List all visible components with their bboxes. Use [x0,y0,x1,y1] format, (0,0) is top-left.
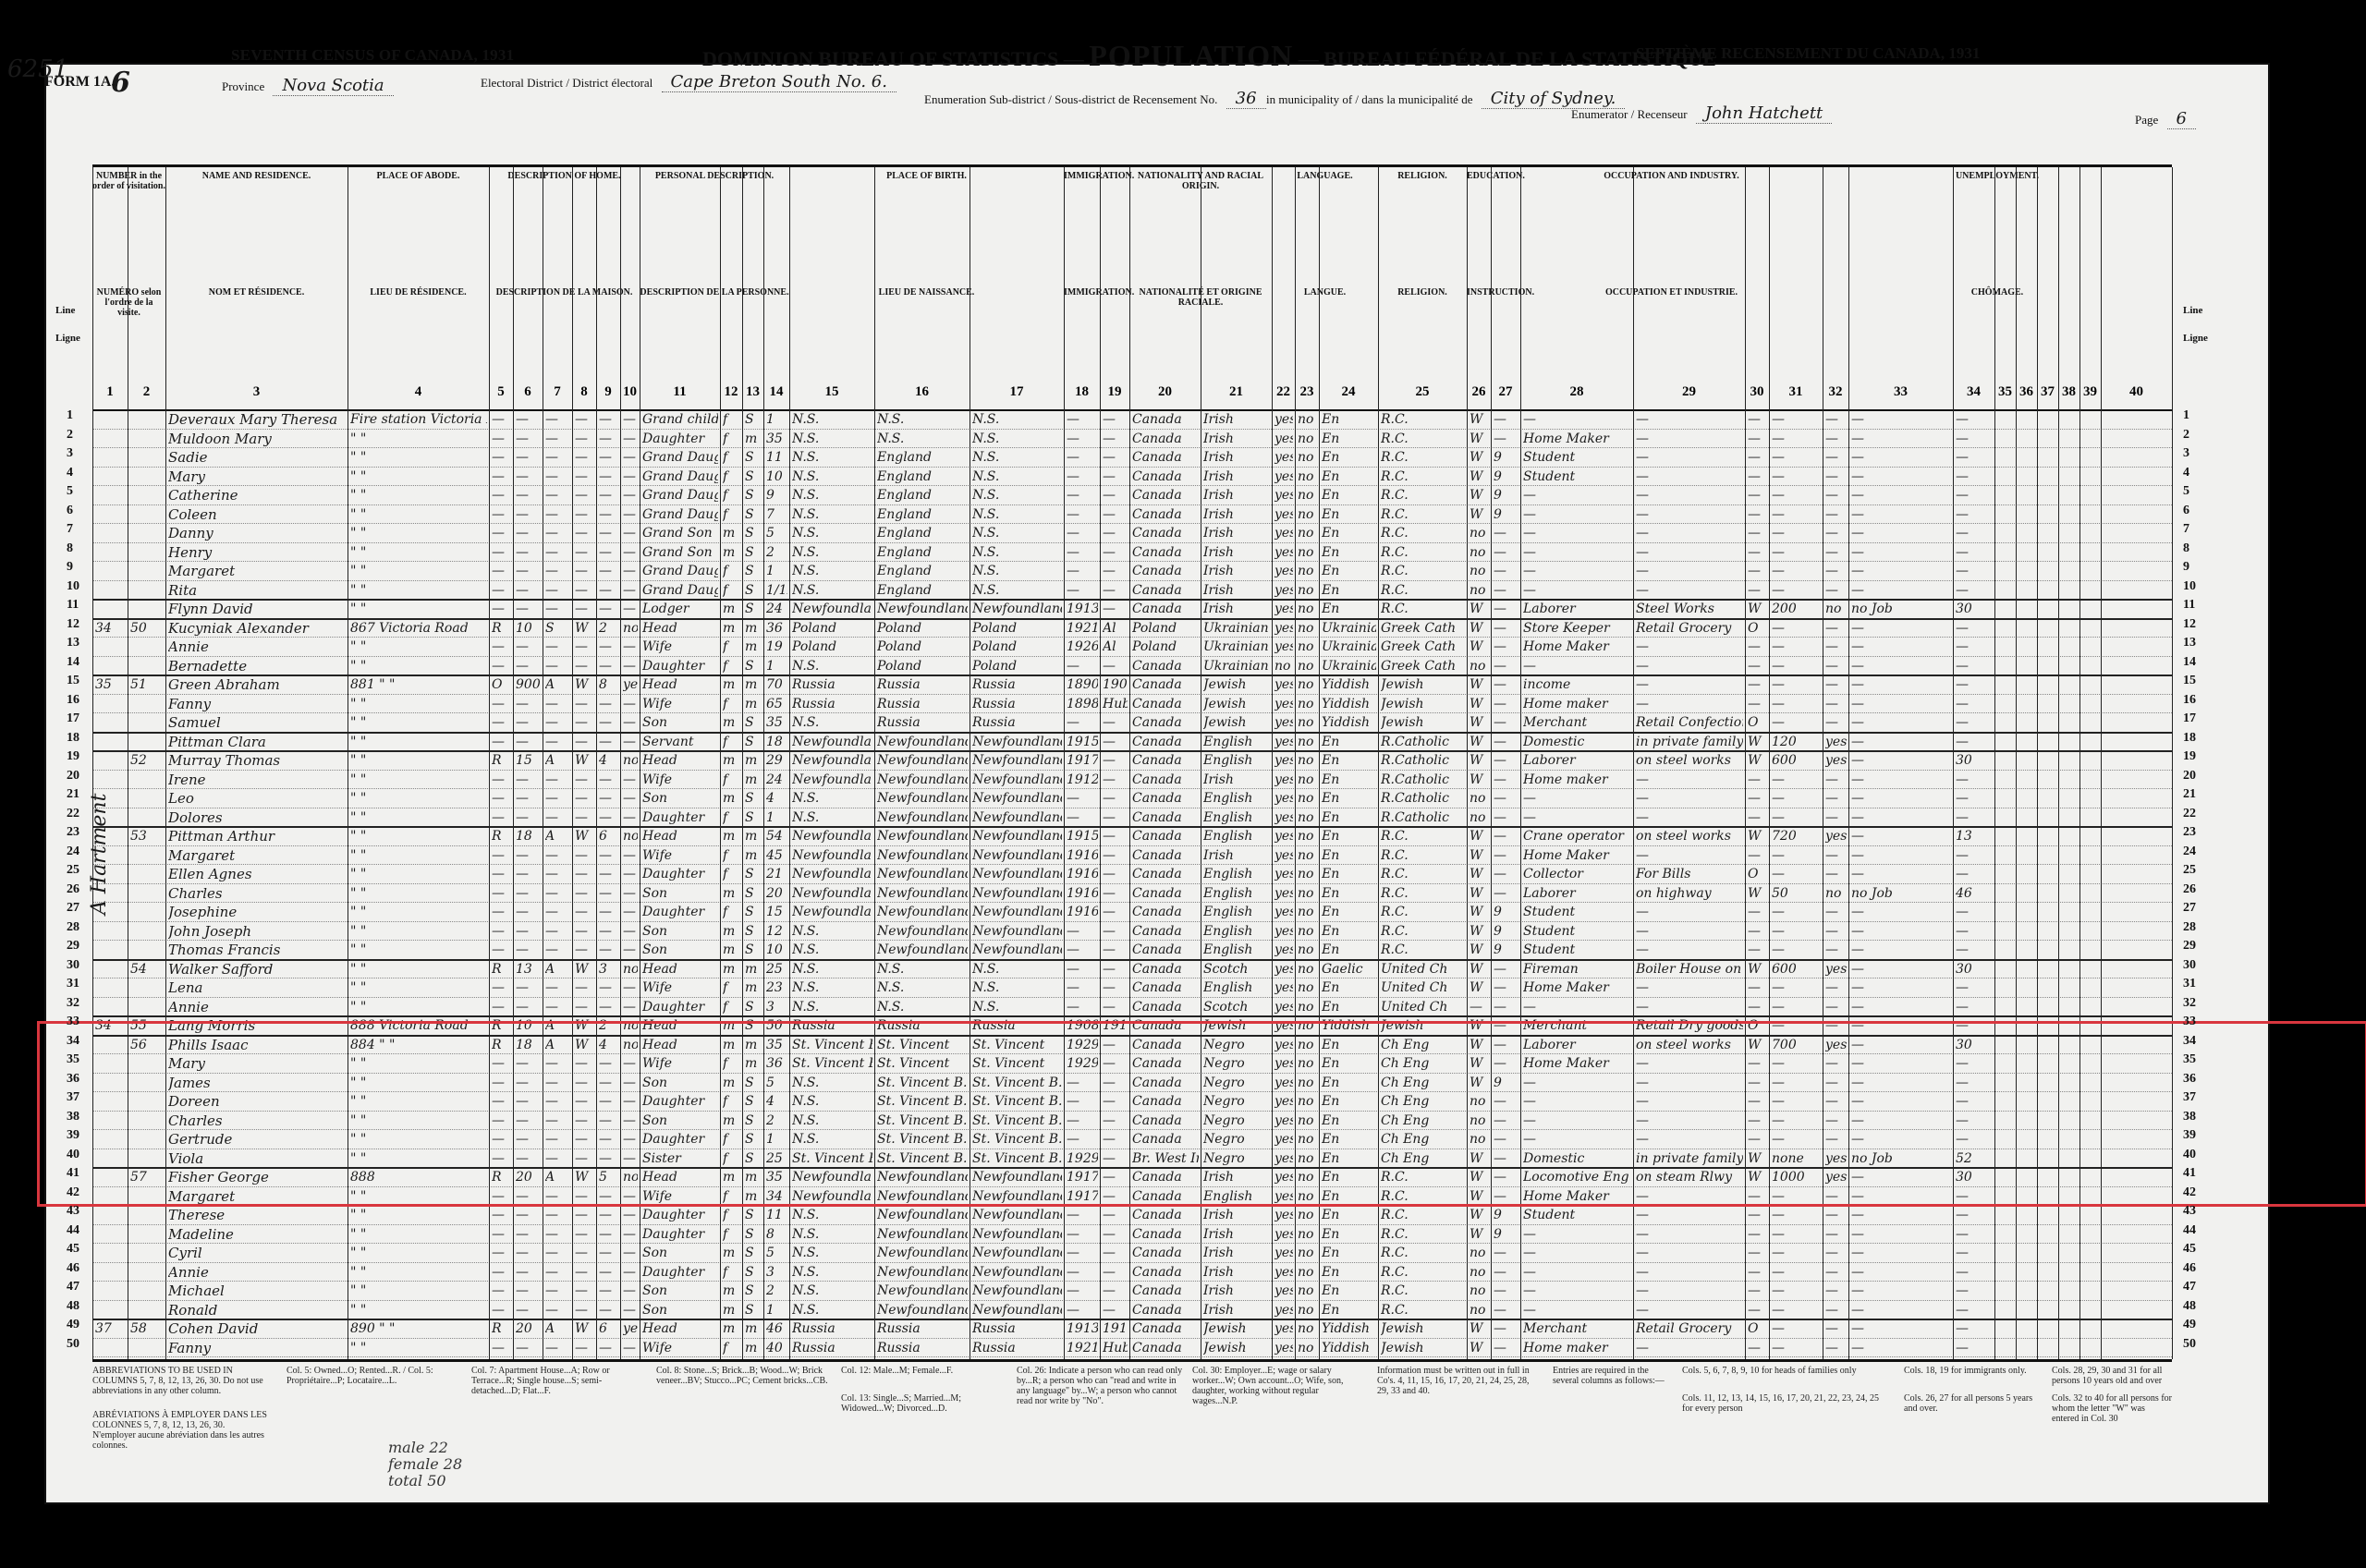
cell-col-18: 1913 [1067,599,1098,617]
line-number: 10 [67,579,79,594]
cell-col-20: Canada [1132,1205,1199,1223]
cell-col-16: St. Vincent [877,1035,968,1053]
column-divider [970,167,970,1359]
cell-col-28: Laborer [1523,599,1631,617]
line-number: 27 [2183,901,2196,916]
cell-col-24: En [1322,732,1376,750]
cell-col-30: — [1748,1111,1767,1129]
header-group-en: PLACE OF BIRTH. [789,171,1064,181]
cell-col-9: 4 [599,750,618,769]
cell-col-28: — [1523,542,1631,561]
cell-col-8: W [575,750,594,769]
cell-col-30: — [1748,523,1767,541]
cell-col-17: St. Vincent B.W.I. [972,1149,1062,1167]
cell-col-18: — [1067,485,1098,504]
cell-col-20: Canada [1132,1224,1199,1243]
column-divider [348,167,348,1359]
column-number-17: 17 [970,384,1064,400]
cell-col-5: — [492,978,511,996]
cell-col-32: yes [1825,1149,1847,1167]
cell-col-23: no [1298,1167,1317,1185]
line-number: 46 [67,1261,79,1276]
column-number-8: 8 [572,384,596,400]
table-row: 56Phills Isaac884 " "R18AW4noHeadmm35St.… [92,1035,2172,1055]
cell-col-29: — [1636,1281,1743,1299]
cell-col-17: N.S. [972,542,1062,561]
cell-col-8: — [575,1205,594,1223]
cell-col-9: 6 [599,826,618,845]
table-row: Danny" "——————Grand SonmS5N.S.EnglandN.S… [92,523,2172,543]
cell-col-17: N.S. [972,523,1062,541]
cell-col-8: — [575,978,594,996]
table-row: Deveraux Mary TheresaFire station Victor… [92,409,2172,430]
cell-col-5: — [492,1338,511,1356]
cell-col-16: Newfoundland [877,732,968,750]
cell-col-1 [95,1281,126,1299]
cell-col-18: — [1067,1129,1098,1148]
cell-col-7: — [545,409,570,428]
cell-col-26: W [1470,712,1489,731]
page-value: 6 [2167,109,2196,129]
cell-col-5: — [492,542,511,561]
cell-col-30: O [1748,1319,1767,1337]
cell-col-31: 700 [1772,1035,1821,1053]
cell-col-28: — [1523,1300,1631,1319]
cell-col-10: — [623,1281,638,1299]
cell-col-7: — [545,997,570,1015]
cell-col-18: — [1067,997,1098,1015]
cell-col-32: — [1825,1281,1847,1299]
cell-col-34: — [1956,1073,1993,1091]
cell-col-22: yes [1274,845,1293,864]
cell-col-6: — [516,902,541,920]
cell-col-30: — [1748,788,1767,807]
cell-col-8: — [575,788,594,807]
cell-col-16: Newfoundland [877,788,968,807]
cell-col-10: — [623,637,638,655]
cell-col-10: no [623,750,638,769]
cell-col-31: — [1772,808,1821,826]
cell-col-16: Newfoundland [877,864,968,882]
cell-col-11: Grand Daughter [642,447,718,466]
cell-col-5: — [492,1224,511,1243]
cell-col-10: — [623,940,638,958]
cell-col-3: Danny [168,523,346,541]
cell-col-13: m [745,978,762,996]
cell-col-7: — [545,1186,570,1205]
cell-col-30: — [1748,978,1767,996]
cell-col-4: " " [350,580,487,599]
col5-note: Col. 5: Owned...O; Rented...R. / Col. 5:… [287,1366,462,1386]
cell-col-33: — [1851,656,1951,675]
cell-col-26: no [1470,542,1489,561]
cell-col-22: yes [1274,1073,1293,1091]
cell-col-31: — [1772,467,1821,485]
cell-col-4: " " [350,1243,487,1261]
cell-col-31: 200 [1772,599,1821,617]
cell-col-4: " " [350,845,487,864]
cell-col-16: Russia [877,694,968,712]
header-group-en: LANGUAGE. [1272,171,1378,181]
bureau-prefix: DOMINION BUREAU OF STATISTICS — [702,47,1084,70]
line-number: 45 [67,1242,79,1257]
cell-col-8: — [575,409,594,428]
cell-col-28: — [1523,1129,1631,1148]
cell-col-14: 9 [766,485,787,504]
cell-col-17: N.S. [972,580,1062,599]
cell-col-9: — [599,1281,618,1299]
cell-col-27: — [1494,1053,1518,1072]
cell-col-4: " " [350,1205,487,1223]
imm-note: Cols. 18, 19 for immigrants only. [1904,1366,2043,1376]
cell-col-18: 1929 [1067,1149,1098,1167]
cell-col-14: 25 [766,959,787,978]
cell-col-29: in private family [1636,1149,1743,1167]
cell-col-30: W [1748,1035,1767,1053]
column-number-20: 20 [1129,384,1201,400]
cell-col-7: — [545,940,570,958]
cell-col-4: " " [350,750,487,769]
cell-col-21: Irish [1203,542,1270,561]
cell-col-19: Al [1103,637,1128,655]
column-divider [572,167,573,1359]
cell-col-19: — [1103,1262,1128,1281]
cell-col-12: f [723,656,740,675]
cell-col-11: Son [642,921,718,940]
cell-col-18: 1915 [1067,826,1098,845]
cell-col-27: — [1494,523,1518,541]
cell-col-14: 50 [766,1015,787,1034]
cell-col-33: — [1851,542,1951,561]
cell-col-18: 1921 [1067,1338,1098,1356]
cell-col-12: m [723,1319,740,1337]
cell-col-26: W [1470,429,1489,447]
cell-col-20: Canada [1132,523,1199,541]
column-divider [1064,167,1065,1359]
cell-col-26: W [1470,618,1489,637]
cell-col-6: — [516,1091,541,1110]
cell-col-24: En [1322,788,1376,807]
cell-col-2: 51 [130,675,164,693]
cell-col-32: yes [1825,732,1847,750]
cell-col-34: — [1956,561,1993,579]
line-number: 47 [67,1280,79,1295]
cell-col-11: Daughter [642,1205,718,1223]
cell-col-29: — [1636,447,1743,466]
cell-col-31: — [1772,845,1821,864]
cell-col-34: — [1956,1300,1993,1319]
header-group-fr: CHÔMAGE. [1823,287,2172,298]
cell-col-26: W [1470,902,1489,920]
cell-col-28: — [1523,409,1631,428]
cell-col-8: W [575,618,594,637]
line-number: 20 [2183,769,2196,784]
cell-col-27: — [1494,997,1518,1015]
cell-col-10: — [623,1091,638,1110]
cell-col-33: — [1851,1338,1951,1356]
cell-col-29: — [1636,770,1743,788]
cell-col-13: S [745,788,762,807]
line-number: 9 [2183,560,2189,575]
cell-col-23: no [1298,1129,1317,1148]
cell-col-2: 53 [130,826,164,845]
cell-col-20: Canada [1132,1167,1199,1185]
cell-col-27: — [1494,978,1518,996]
cell-col-4: " " [350,1111,487,1129]
cell-col-3: Fisher George [168,1167,346,1185]
cell-col-13: S [745,1129,762,1148]
cell-col-10: — [623,845,638,864]
cell-col-15: N.S. [792,1243,872,1261]
line-number: 39 [2183,1128,2196,1143]
cell-col-23: no [1298,637,1317,655]
cell-col-32: yes [1825,1167,1847,1185]
line-number: 35 [2183,1052,2196,1067]
cell-col-26: W [1470,1338,1489,1356]
cell-col-27: — [1494,675,1518,693]
cell-col-18: — [1067,656,1098,675]
cell-col-21: Irish [1203,599,1270,617]
cell-col-20: Canada [1132,845,1199,864]
line-number: 27 [67,901,79,916]
cell-col-16: Newfoundland [877,808,968,826]
cell-col-22: yes [1274,561,1293,579]
cell-col-2 [130,1243,164,1261]
cell-col-30: — [1748,1186,1767,1205]
cell-col-22: yes [1274,580,1293,599]
cell-col-4: " " [350,542,487,561]
cell-col-33: — [1851,826,1951,845]
cell-col-14: 46 [766,1319,787,1337]
cell-col-32: — [1825,1053,1847,1072]
cell-col-28: — [1523,485,1631,504]
cell-col-10: — [623,504,638,523]
cell-col-7: — [545,694,570,712]
cell-col-5: — [492,1300,511,1319]
cell-col-23: no [1298,694,1317,712]
cell-col-8: — [575,1091,594,1110]
cell-col-26: no [1470,523,1489,541]
cell-col-18: — [1067,712,1098,731]
line-number: 43 [2183,1204,2196,1219]
cell-col-18: 1908 [1067,1015,1098,1034]
line-number: 16 [67,693,79,708]
line-number: 41 [67,1166,79,1181]
cell-col-18: — [1067,1224,1098,1243]
cell-col-29: Retail Dry goods store [1636,1015,1743,1034]
cell-col-1 [95,561,126,579]
cell-col-12: m [723,788,740,807]
cell-col-2 [130,940,164,958]
cell-col-28: — [1523,1224,1631,1243]
province-value: Nova Scotia [273,76,393,96]
cell-col-30: W [1748,1149,1767,1167]
cell-col-19: — [1103,467,1128,485]
cell-col-24: En [1322,883,1376,902]
cell-col-34: — [1956,1243,1993,1261]
cell-col-11: Son [642,1300,718,1319]
cell-col-2 [130,580,164,599]
table-row: Doreen" "——————DaughterfS4N.S.St. Vincen… [92,1091,2172,1112]
cell-col-15: N.S. [792,561,872,579]
cell-col-19: 1900 [1103,675,1128,693]
line-number: 24 [67,845,79,859]
cell-col-7: — [545,1281,570,1299]
cell-col-31: — [1772,542,1821,561]
cell-col-14: 24 [766,770,787,788]
cell-col-4: " " [350,467,487,485]
cell-col-26: W [1470,1073,1489,1091]
cell-col-2 [130,429,164,447]
cell-col-8: — [575,429,594,447]
cell-col-12: f [723,770,740,788]
cell-col-28: — [1523,1091,1631,1110]
cell-col-7: — [545,447,570,466]
cell-col-8: — [575,1224,594,1243]
cell-col-13: S [745,523,762,541]
cell-col-10: — [623,1073,638,1091]
cell-col-31: — [1772,485,1821,504]
cell-col-24: En [1322,1073,1376,1091]
cell-col-17: St. Vincent B.W.I. [972,1091,1062,1110]
cell-col-9: — [599,1224,618,1243]
table-row: John Joseph" "——————SonmS12N.S.Newfoundl… [92,921,2172,942]
cell-col-26: no [1470,1300,1489,1319]
cell-col-23: no [1298,940,1317,958]
cell-col-25: Ch Eng [1381,1035,1465,1053]
cell-col-2 [130,561,164,579]
cell-col-3: Cyril [168,1243,346,1261]
cell-col-28: — [1523,580,1631,599]
cell-col-19: — [1103,1073,1128,1091]
cell-col-13: m [745,618,762,637]
column-number-3: 3 [165,384,348,400]
cell-col-27: 9 [1494,504,1518,523]
cell-col-32: — [1825,770,1847,788]
cell-col-3: Pittman Clara [168,732,346,750]
cell-col-32: yes [1825,959,1847,978]
cell-col-1 [95,978,126,996]
cell-col-21: Irish [1203,561,1270,579]
cell-col-11: Head [642,750,718,769]
cell-col-26: no [1470,1111,1489,1129]
cell-col-8: — [575,467,594,485]
cell-col-17: Newfoundland [972,1281,1062,1299]
cell-col-24: En [1322,902,1376,920]
cell-col-23: no [1298,1243,1317,1261]
cell-col-26: W [1470,940,1489,958]
cell-col-6: — [516,485,541,504]
line-number: 2 [2183,428,2189,443]
header-group-en: NAME AND RESIDENCE. [165,171,348,181]
cell-col-20: Canada [1132,1186,1199,1205]
cell-col-27: — [1494,959,1518,978]
cell-col-7: — [545,808,570,826]
cell-col-11: Grand Daughter [642,561,718,579]
cell-col-27: — [1494,845,1518,864]
cell-col-1 [95,1300,126,1319]
cell-col-32: — [1825,1205,1847,1223]
cell-col-13: S [745,1243,762,1261]
cell-col-9: — [599,447,618,466]
cell-col-31: — [1772,694,1821,712]
cell-col-32: yes [1825,750,1847,769]
cell-col-20: Canada [1132,826,1199,845]
cell-col-3: Josephine [168,902,346,920]
cell-col-23: no [1298,447,1317,466]
cell-col-8: — [575,1262,594,1281]
cell-col-1 [95,959,126,978]
cell-col-27: — [1494,1015,1518,1034]
cell-col-32: — [1825,1129,1847,1148]
cell-col-10: no [623,1167,638,1185]
cell-col-16: Newfoundland [877,1167,968,1185]
cell-col-6: — [516,921,541,940]
cell-col-21: Negro [1203,1053,1270,1072]
cell-col-8: — [575,1338,594,1356]
cell-col-30: — [1748,902,1767,920]
cell-col-29: — [1636,1053,1743,1072]
cell-col-5: — [492,940,511,958]
table-row: Samuel" "——————SonmS35N.S.RussiaRussia——… [92,712,2172,734]
cell-col-12: f [723,637,740,655]
cell-col-30: — [1748,1205,1767,1223]
cell-col-2 [130,770,164,788]
cell-col-24: En [1322,1224,1376,1243]
cell-col-26: W [1470,1015,1489,1034]
cell-col-14: 10 [766,467,787,485]
cell-col-12: f [723,429,740,447]
cell-col-2 [130,467,164,485]
cell-col-1 [95,940,126,958]
cell-col-4: " " [350,1338,487,1356]
cell-col-13: S [745,712,762,731]
cell-col-20: Canada [1132,940,1199,958]
cell-col-21: Negro [1203,1091,1270,1110]
cell-col-18: 1915 [1067,732,1098,750]
cell-col-29: — [1636,1111,1743,1129]
cell-col-31: — [1772,1205,1821,1223]
cell-col-23: no [1298,732,1317,750]
cell-col-31: — [1772,1053,1821,1072]
cell-col-13: S [745,921,762,940]
cell-col-21: English [1203,864,1270,882]
cell-col-15: Russia [792,1319,872,1337]
cell-col-30: — [1748,542,1767,561]
cell-col-31: 50 [1772,883,1821,902]
cell-col-29: Retail Grocery [1636,1319,1743,1337]
cell-col-20: Canada [1132,750,1199,769]
column-divider [92,167,93,1359]
cell-col-3: Margaret [168,845,346,864]
cell-col-8: — [575,485,594,504]
cell-col-32: — [1825,1091,1847,1110]
population-heading: POPULATION [1089,39,1293,72]
column-divider [1994,167,1995,1359]
column-number-4: 4 [348,384,489,400]
cell-col-21: Negro [1203,1111,1270,1129]
enumerator-field: Enumerator / Recenseur John Hatchett [1571,103,1837,123]
cell-col-31: none [1772,1149,1821,1167]
cell-col-19: — [1103,1053,1128,1072]
cell-col-4: " " [350,826,487,845]
cell-col-29: — [1636,808,1743,826]
cell-col-10: — [623,1243,638,1261]
cell-col-9: 4 [599,1035,618,1053]
cell-col-14: 5 [766,1073,787,1091]
cell-col-9: 5 [599,1167,618,1185]
cell-col-18: — [1067,1300,1098,1319]
